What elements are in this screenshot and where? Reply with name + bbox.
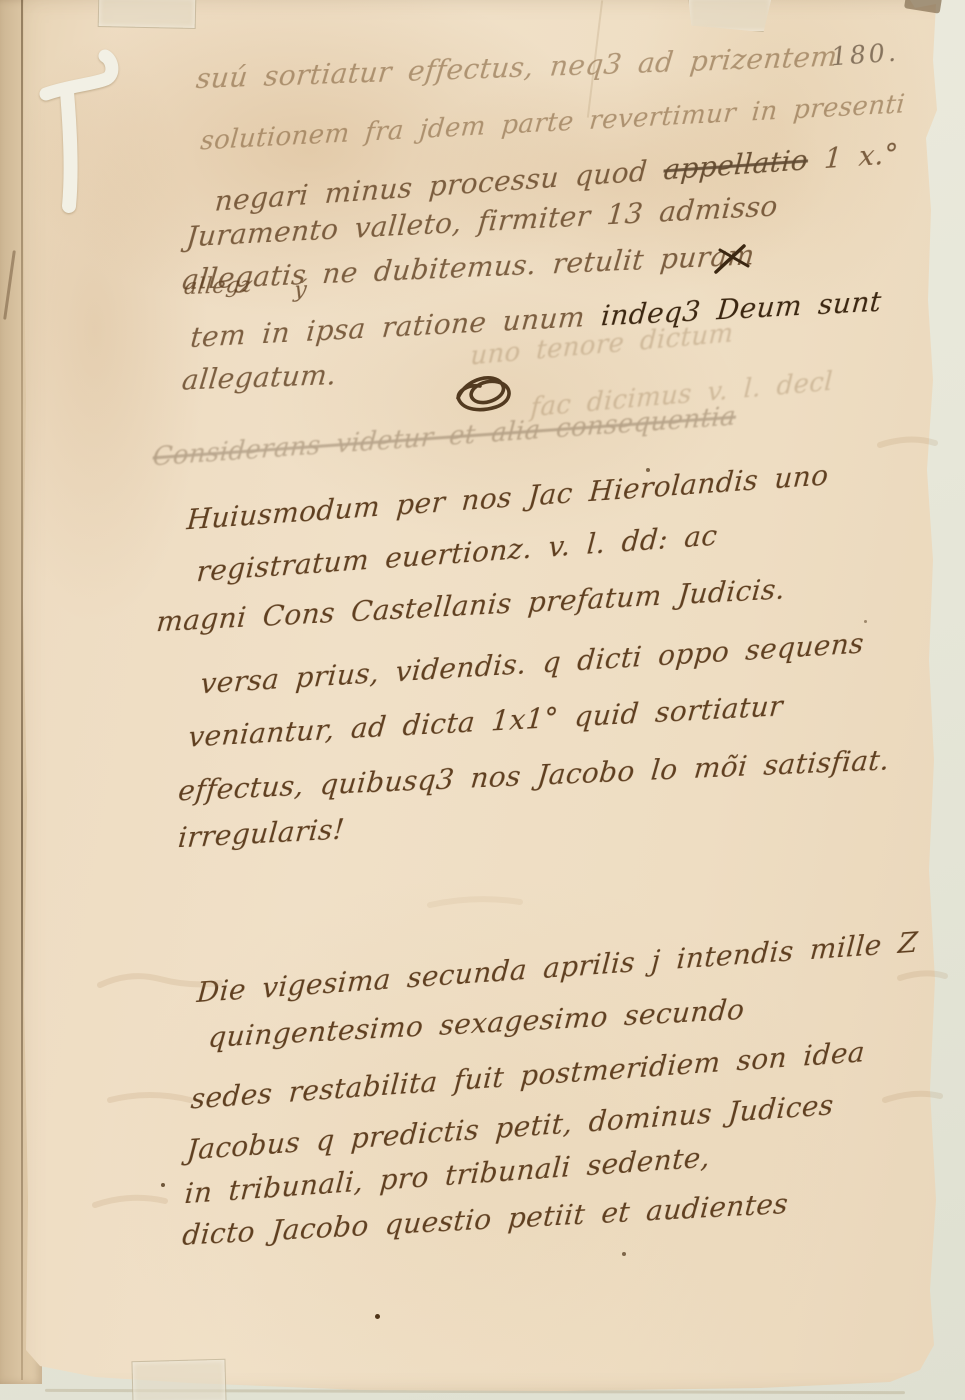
manuscript-line: allegatum.	[181, 361, 338, 395]
manuscript-line: Die vigesima secunda aprilis j intendis …	[196, 929, 919, 1008]
interlinear-fragment: ý	[293, 280, 308, 303]
manuscript-line: allegatis ne dubitemus. retulit puram	[181, 241, 756, 294]
manuscript-line: magni Cons Castellanis prefatum Judicis.	[155, 575, 786, 636]
manuscript-line: irregularis!	[177, 816, 346, 853]
manuscript-line: quingentesimo sexagesimo secundo	[207, 996, 745, 1052]
binding-thread	[3, 250, 16, 320]
manuscript-page: 180. suú sortiatur effectus, neq3 ad pri…	[0, 0, 965, 1400]
interlinear-fragment: allegz	[183, 275, 254, 299]
ink-speck	[864, 620, 867, 623]
manuscript-line: Huiusmodum per nos Jac Hierolandis uno	[186, 461, 830, 534]
folio-number: 180.	[830, 38, 900, 72]
manuscript-line: registratum euertionz. v. l. dd: ac	[196, 522, 719, 587]
manuscript-line: suú sortiatur effectus, neq3 ad prizente…	[195, 43, 839, 94]
ink-speck	[622, 1252, 626, 1256]
manuscript-line: effectus, quibusq3 nos Jacobo lo mõi sat…	[177, 746, 891, 805]
line-segment: 1 x.°	[807, 137, 900, 177]
gutter-fold-line	[21, 0, 23, 1380]
tape-top-left	[98, 0, 197, 29]
manuscript-line: versa prius, videndis. q dicti oppo sequ…	[200, 630, 866, 699]
ink-speck	[375, 1314, 380, 1319]
faded-struck-line: Considerans videtur et alia consequentia	[152, 404, 737, 471]
ink-speck	[161, 1183, 165, 1187]
tape-bottom	[131, 1359, 226, 1400]
ink-speck	[646, 468, 650, 472]
manuscript-line: veniantur, ad dicta 1x1° quid sortiatur	[187, 692, 784, 751]
struck-word: appellatio	[662, 143, 809, 186]
manuscript-scan: 180. suú sortiatur effectus, neq3 ad pri…	[0, 0, 965, 1400]
